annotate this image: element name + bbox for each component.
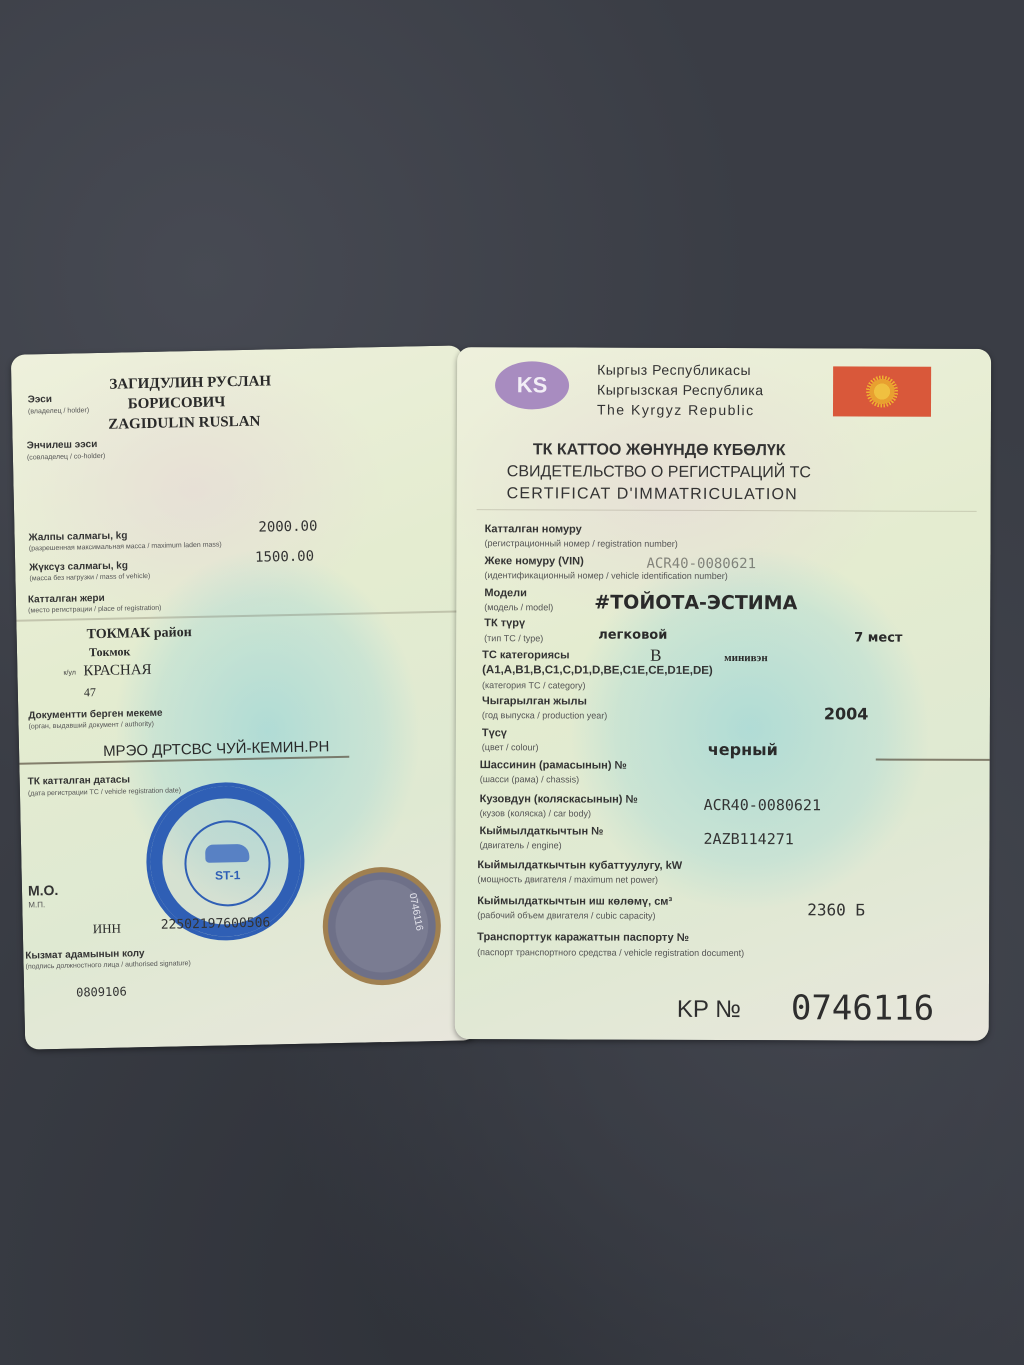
category-options: (A1,A,B1,B,C1,C,D1,D,BE,C1E,CE,D1E,DE)	[482, 664, 713, 677]
inn-value: 22502197600506	[161, 916, 271, 933]
doc-series: KP №	[677, 996, 741, 1024]
crack-line-right	[876, 759, 990, 761]
seats-value: 7 мест	[854, 630, 902, 645]
owner-name-latin: ZAGIDULIN RUSLAN	[108, 414, 260, 434]
authority-sub: (орган, выдавший документ / authority)	[28, 721, 153, 731]
category-sub: (категория ТС / category)	[482, 680, 586, 690]
model-label: Модели	[484, 587, 527, 599]
doc-number: 0746116	[791, 988, 934, 1028]
model-sub: (модель / model)	[484, 602, 553, 612]
right-page: KS Кыргыз Республикасы Кыргызская Респуб…	[455, 347, 991, 1041]
title-fr: CERTIFICAT D'IMMATRICULATION	[507, 485, 798, 504]
place-label: Катталган жери	[28, 593, 105, 606]
max-mass-sub: (разрешенная максимальная масса / maximu…	[29, 541, 222, 552]
country-en: The Kyrgyz Republic	[597, 402, 755, 419]
reg-number-label: Катталган номуру	[485, 523, 582, 535]
ks-logo: KS	[495, 361, 569, 409]
inn-label: ИНН	[93, 921, 122, 938]
logo-text: KS	[517, 372, 548, 398]
reg-date-sub: (дата регистрации ТС / vehicle registrat…	[28, 787, 181, 797]
passport-sub: (паспорт транспортного средства / vehicl…	[477, 947, 744, 958]
vehicle-mass-label: Жүксүз салмагы, kg	[29, 560, 128, 573]
vehicle-mass-sub: (масса без нагрузки / mass of vehicle)	[29, 573, 150, 583]
co-owner-sub: (совладелец / co-holder)	[27, 453, 106, 462]
owner-sub: (владелец / holder)	[28, 407, 89, 415]
signature-label: Кызмат адамынын колу	[25, 948, 144, 961]
title-ru: СВИДЕТЕЛЬСТВО О РЕГИСТРАЦИЙ ТС	[507, 463, 811, 482]
divider	[477, 509, 977, 512]
title-ky: ТК КАТТОО ЖӨНҮНДӨ КҮБӨЛҮК	[533, 441, 786, 460]
category-value: B	[650, 646, 661, 666]
place-sub: (место регистрации / place of registrati…	[28, 605, 161, 615]
mo-sub: М.П.	[28, 900, 45, 909]
power-label: Кыймылдаткычтын кубаттуулугу, kW	[477, 859, 682, 872]
category-label: ТС категориясы	[482, 649, 569, 661]
hologram-seal: 0746116	[322, 866, 442, 986]
body-value: ACR40-0080621	[704, 796, 821, 814]
year-value: 2004	[824, 704, 869, 723]
passport-label: Транспорттук каражаттын паспорту №	[477, 931, 689, 944]
left-page: Ээси (владелец / holder) ЗАГИДУЛИН РУСЛА…	[11, 345, 477, 1049]
model-value: #ТОЙОТА-ЭСТИМА	[594, 592, 797, 615]
max-mass-label: Жалпы салмагы, kg	[28, 530, 127, 543]
flag-sun-icon	[866, 375, 898, 407]
body-type-value: минивэн	[724, 652, 768, 664]
capacity-sub: (рабочий объем двигателя / cubic capacit…	[477, 910, 655, 921]
hologram-number: 0746116	[406, 892, 424, 932]
car-icon	[205, 844, 249, 863]
capacity-value: 2360 Б	[807, 900, 865, 919]
stamp-text: ST-1	[215, 868, 241, 883]
country-ky: Кыргыз Республикасы	[597, 362, 751, 379]
body-sub: (кузов (коляска) / car body)	[480, 808, 592, 818]
vin-value: ACR40-0080621	[646, 556, 756, 572]
street: КРАСНАЯ	[83, 662, 152, 680]
type-sub: (тип ТС / type)	[484, 633, 543, 643]
authority-label: Документти берген мекеме	[28, 708, 162, 722]
power-sub: (мощность двигателя / maximum net power)	[477, 874, 658, 885]
chassis-sub: (шасси (рама) / chassis)	[480, 774, 580, 784]
color-sub: (цвет / colour)	[482, 742, 539, 752]
place-city: Токмок	[89, 644, 131, 660]
serial-number: 0809106	[76, 985, 127, 1000]
vin-label: Жеке номуру (VIN)	[484, 555, 583, 567]
engine-label: Кыймылдаткычтын №	[479, 825, 603, 837]
type-value: легковой	[598, 628, 667, 643]
engine-sub: (двигатель / engine)	[479, 840, 561, 850]
house-number: 47	[84, 685, 96, 700]
capacity-label: Кыймылдаткычтын иш көлөмү, см³	[477, 895, 672, 908]
year-sub: (год выпуска / production year)	[482, 710, 607, 720]
owner-name-line1: ЗАГИДУЛИН РУСЛАН	[109, 373, 271, 393]
type-label: ТК түрү	[484, 617, 525, 629]
owner-label: Ээси	[28, 394, 52, 406]
kyrgyz-flag-icon	[833, 366, 931, 416]
color-label: Түсү	[482, 727, 507, 739]
reg-date-label: ТК катталган датасы	[28, 774, 130, 787]
reg-number-sub: (регистрационный номер / registration nu…	[485, 538, 678, 549]
body-label: Кузовдун (коляскасынын) №	[480, 793, 638, 806]
mo-label: М.О.	[28, 882, 59, 899]
color-value: черный	[708, 740, 778, 759]
chassis-label: Шассинин (рамасынын) №	[480, 759, 627, 772]
max-mass-value: 2000.00	[258, 518, 317, 535]
year-label: Чыгарылган жылы	[482, 695, 587, 707]
engine-value: 2AZB114271	[703, 830, 793, 848]
owner-name-line2: БОРИСОВИЧ	[128, 394, 226, 413]
signature-sub: (подпись должностного лица / authorised …	[26, 960, 191, 970]
place-district: ТОКМАК район	[86, 625, 191, 643]
street-prefix: к/ул	[63, 670, 76, 677]
co-owner-label: Энчилеш ээси	[27, 439, 98, 451]
country-ru: Кыргызская Республика	[597, 382, 764, 399]
vehicle-mass-value: 1500.00	[255, 549, 314, 566]
